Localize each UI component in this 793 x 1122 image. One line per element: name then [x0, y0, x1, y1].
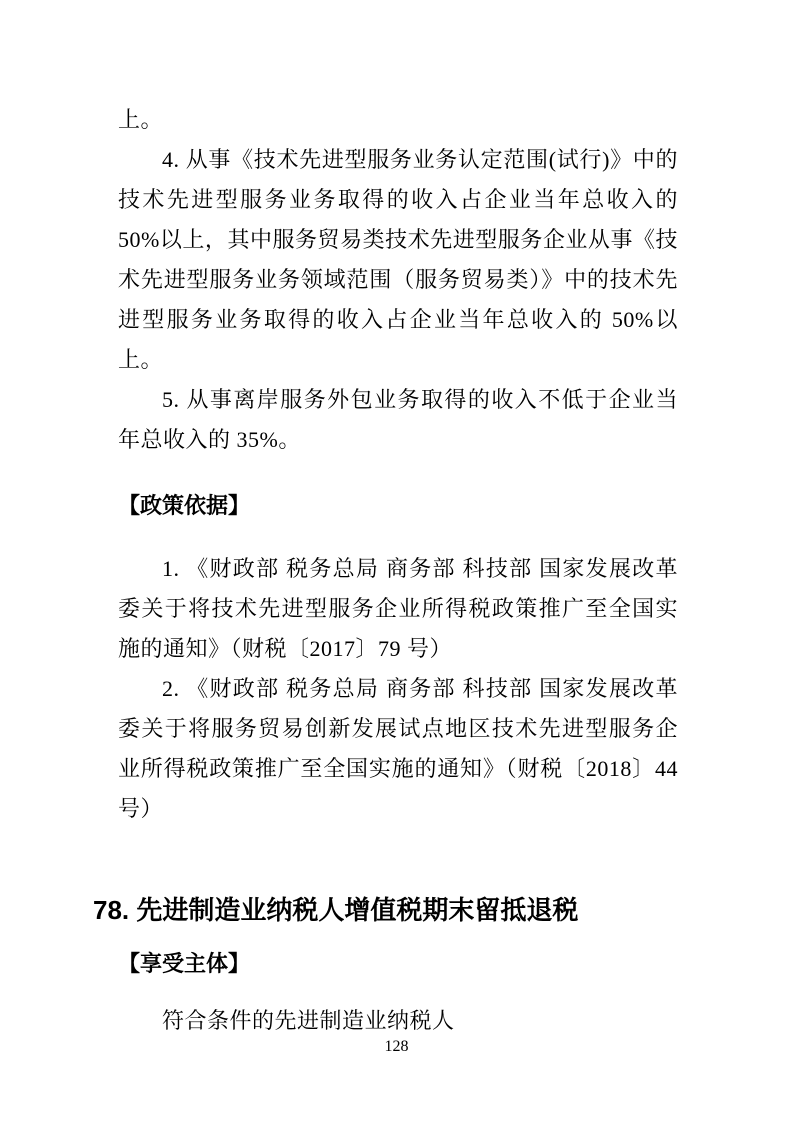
- beneficiary-text: 符合条件的先进制造业纳税人: [118, 1001, 678, 1041]
- section-78-heading: 78. 先进制造业纳税人增值税期末留抵退税: [93, 889, 678, 931]
- page-number: 128: [0, 1038, 793, 1056]
- document-page: 上。 4. 从事《技术先进型服务业务认定范围(试行)》中的技术先进型服务业务取得…: [0, 0, 793, 1122]
- condition-item-4: 4. 从事《技术先进型服务业务认定范围(试行)》中的技术先进型服务业务取得的收入…: [118, 140, 678, 380]
- condition-item-5: 5. 从事离岸服务外包业务取得的收入不低于企业当年总收入的 35%。: [118, 380, 678, 460]
- beneficiary-heading: 【享受主体】: [118, 944, 678, 984]
- paragraph-continued: 上。: [118, 100, 678, 140]
- policy-basis-heading: 【政策依据】: [118, 486, 678, 526]
- policy-basis-item-1: 1. 《财政部 税务总局 商务部 科技部 国家发展改革委关于将技术先进型服务企业…: [118, 549, 678, 669]
- policy-basis-item-2: 2. 《财政部 税务总局 商务部 科技部 国家发展改革委关于将服务贸易创新发展试…: [118, 669, 678, 829]
